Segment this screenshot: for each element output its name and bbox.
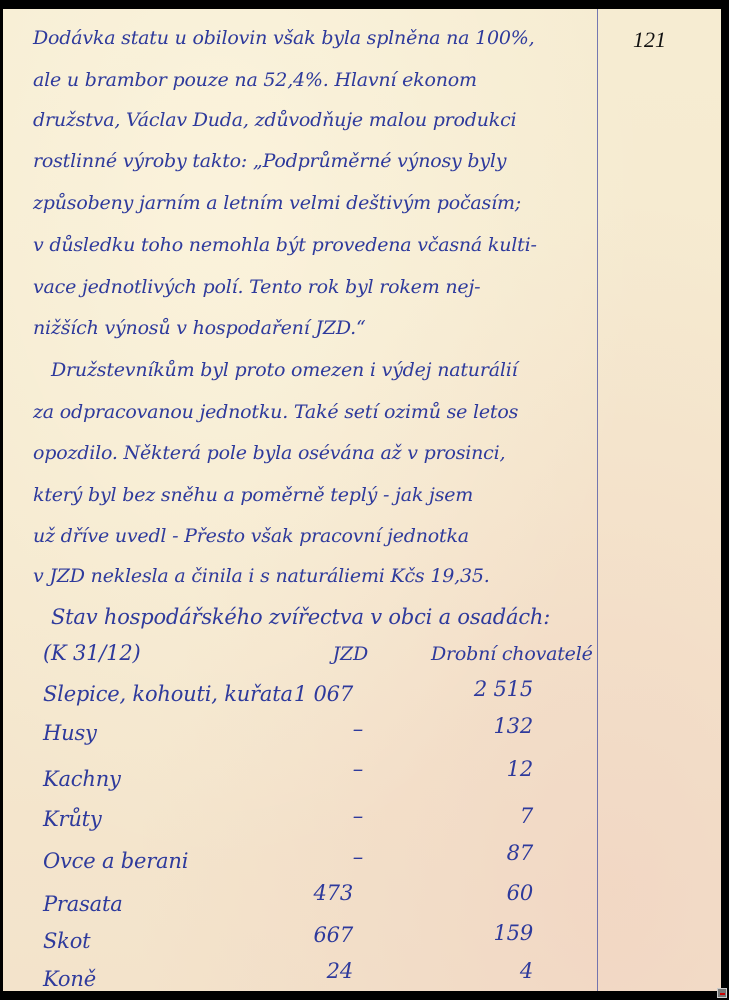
text-line: družstva, Václav Duda, zdůvodňuje malou … [33,109,516,131]
text-line: v JZD neklesla a činila i s naturáliemi … [33,565,490,587]
text-line: opozdilo. Některá pole byla osévána až v… [33,442,505,464]
table-cell-jzd: 24 [253,959,353,983]
table-cell-drobni: 7 [423,804,533,828]
table-cell-jzd: – [263,757,363,781]
table-cell-jzd: – [263,845,363,869]
text-line: Dodávka statu u obilovin však byla splně… [33,27,535,49]
table-cell-drobni: 4 [423,959,533,983]
table-cell-jzd: – [263,804,363,828]
table-row-label: Husy [43,721,97,745]
table-date-note: (K 31/12) [43,641,140,665]
text-line: který byl bez sněhu a poměrně teplý - ja… [33,484,473,506]
table-header-jzd: JZD [268,643,368,665]
text-line: rostlinné výroby takto: „Podprůměrné výn… [33,150,506,172]
text-line: nižších výnosů v hospodaření JZD.“ [33,317,366,339]
table-row-label: Kachny [43,767,121,791]
table-cell-jzd: 667 [253,923,353,947]
text-line: v důsledku toho nemohla být provedena vč… [33,234,537,256]
page-number: 121 [633,27,666,53]
table-row-label: Ovce a berani [43,849,188,873]
chronicle-page: 121 Dodávka statu u obilovin však byla s… [3,9,721,991]
table-row-label: Koně [43,967,96,991]
table-cell-jzd: 473 [253,881,353,905]
text-line: za odpracovanou jednotku. Také setí ozim… [33,401,518,423]
section-heading: Stav hospodářského zvířectva v obci a os… [51,605,550,629]
text-line: ale u brambor pouze na 52,4%. Hlavní eko… [33,69,477,91]
table-header-drobni: Drobní chovatelé [431,643,593,665]
text-line: Družstevníkům byl proto omezen i výdej n… [51,359,518,381]
table-cell-drobni: 60 [423,881,533,905]
text-line: už dříve uvedl - Přesto však pracovní je… [33,525,469,547]
table-row-label: Prasata [43,892,123,916]
viewer-minimize-icon[interactable] [717,988,727,998]
table-cell-jzd: 1 067 [253,682,353,706]
table-cell-drobni: 12 [423,757,533,781]
margin-line [597,9,598,991]
table-cell-drobni: 159 [423,921,533,945]
table-row-label: Skot [43,929,90,953]
table-cell-drobni: 132 [423,714,533,738]
table-cell-drobni: 2 515 [423,677,533,701]
table-row-label: Krůty [43,807,102,831]
table-cell-drobni: 87 [423,841,533,865]
text-line: způsobeny jarním a letním velmi deštivým… [33,192,521,214]
text-line: vace jednotlivých polí. Tento rok byl ro… [33,276,480,298]
table-cell-jzd: – [263,717,363,741]
